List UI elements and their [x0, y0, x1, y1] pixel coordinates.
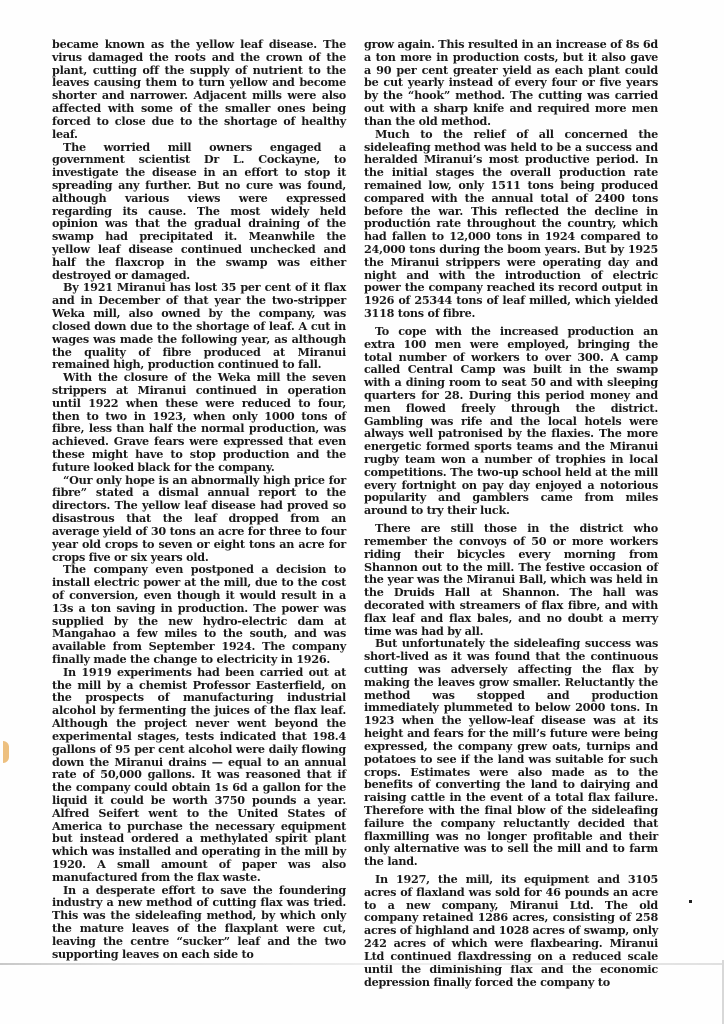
scan-margin-mark	[3, 741, 9, 763]
paragraph: “Our only hope is an abnormally high pri…	[52, 474, 346, 564]
paragraph: grow again. This resulted in an increase…	[364, 38, 658, 128]
text-column-left: became known as the yellow leaf disease.…	[52, 38, 346, 961]
page-edge-line	[0, 963, 724, 965]
paragraph: became known as the yellow leaf disease.…	[52, 38, 346, 141]
paragraph: Much to the relief of all concerned the …	[364, 128, 658, 320]
paragraph: The company even postponed a decision to…	[52, 563, 346, 666]
scan-speck	[689, 900, 692, 903]
paragraph: In a desperate effort to save the founde…	[52, 884, 346, 961]
paragraph: In 1927, the mill, its equipment and 310…	[364, 873, 658, 988]
scanned-page: became known as the yellow leaf disease.…	[0, 0, 724, 1024]
paragraph: There are still those in the district wh…	[364, 522, 658, 637]
paragraph: With the closure of the Weka mill the se…	[52, 371, 346, 474]
paragraph: By 1921 Miranui has lost 35 per cent of …	[52, 281, 346, 371]
paragraph: In 1919 experiments had been carried out…	[52, 666, 346, 884]
paragraph: The worried mill owners engaged a govern…	[52, 141, 346, 282]
paragraph: But unfortunately the sideleafing succes…	[364, 637, 658, 868]
paragraph: To cope with the increased production an…	[364, 325, 658, 517]
text-column-right: grow again. This resulted in an increase…	[364, 38, 658, 988]
